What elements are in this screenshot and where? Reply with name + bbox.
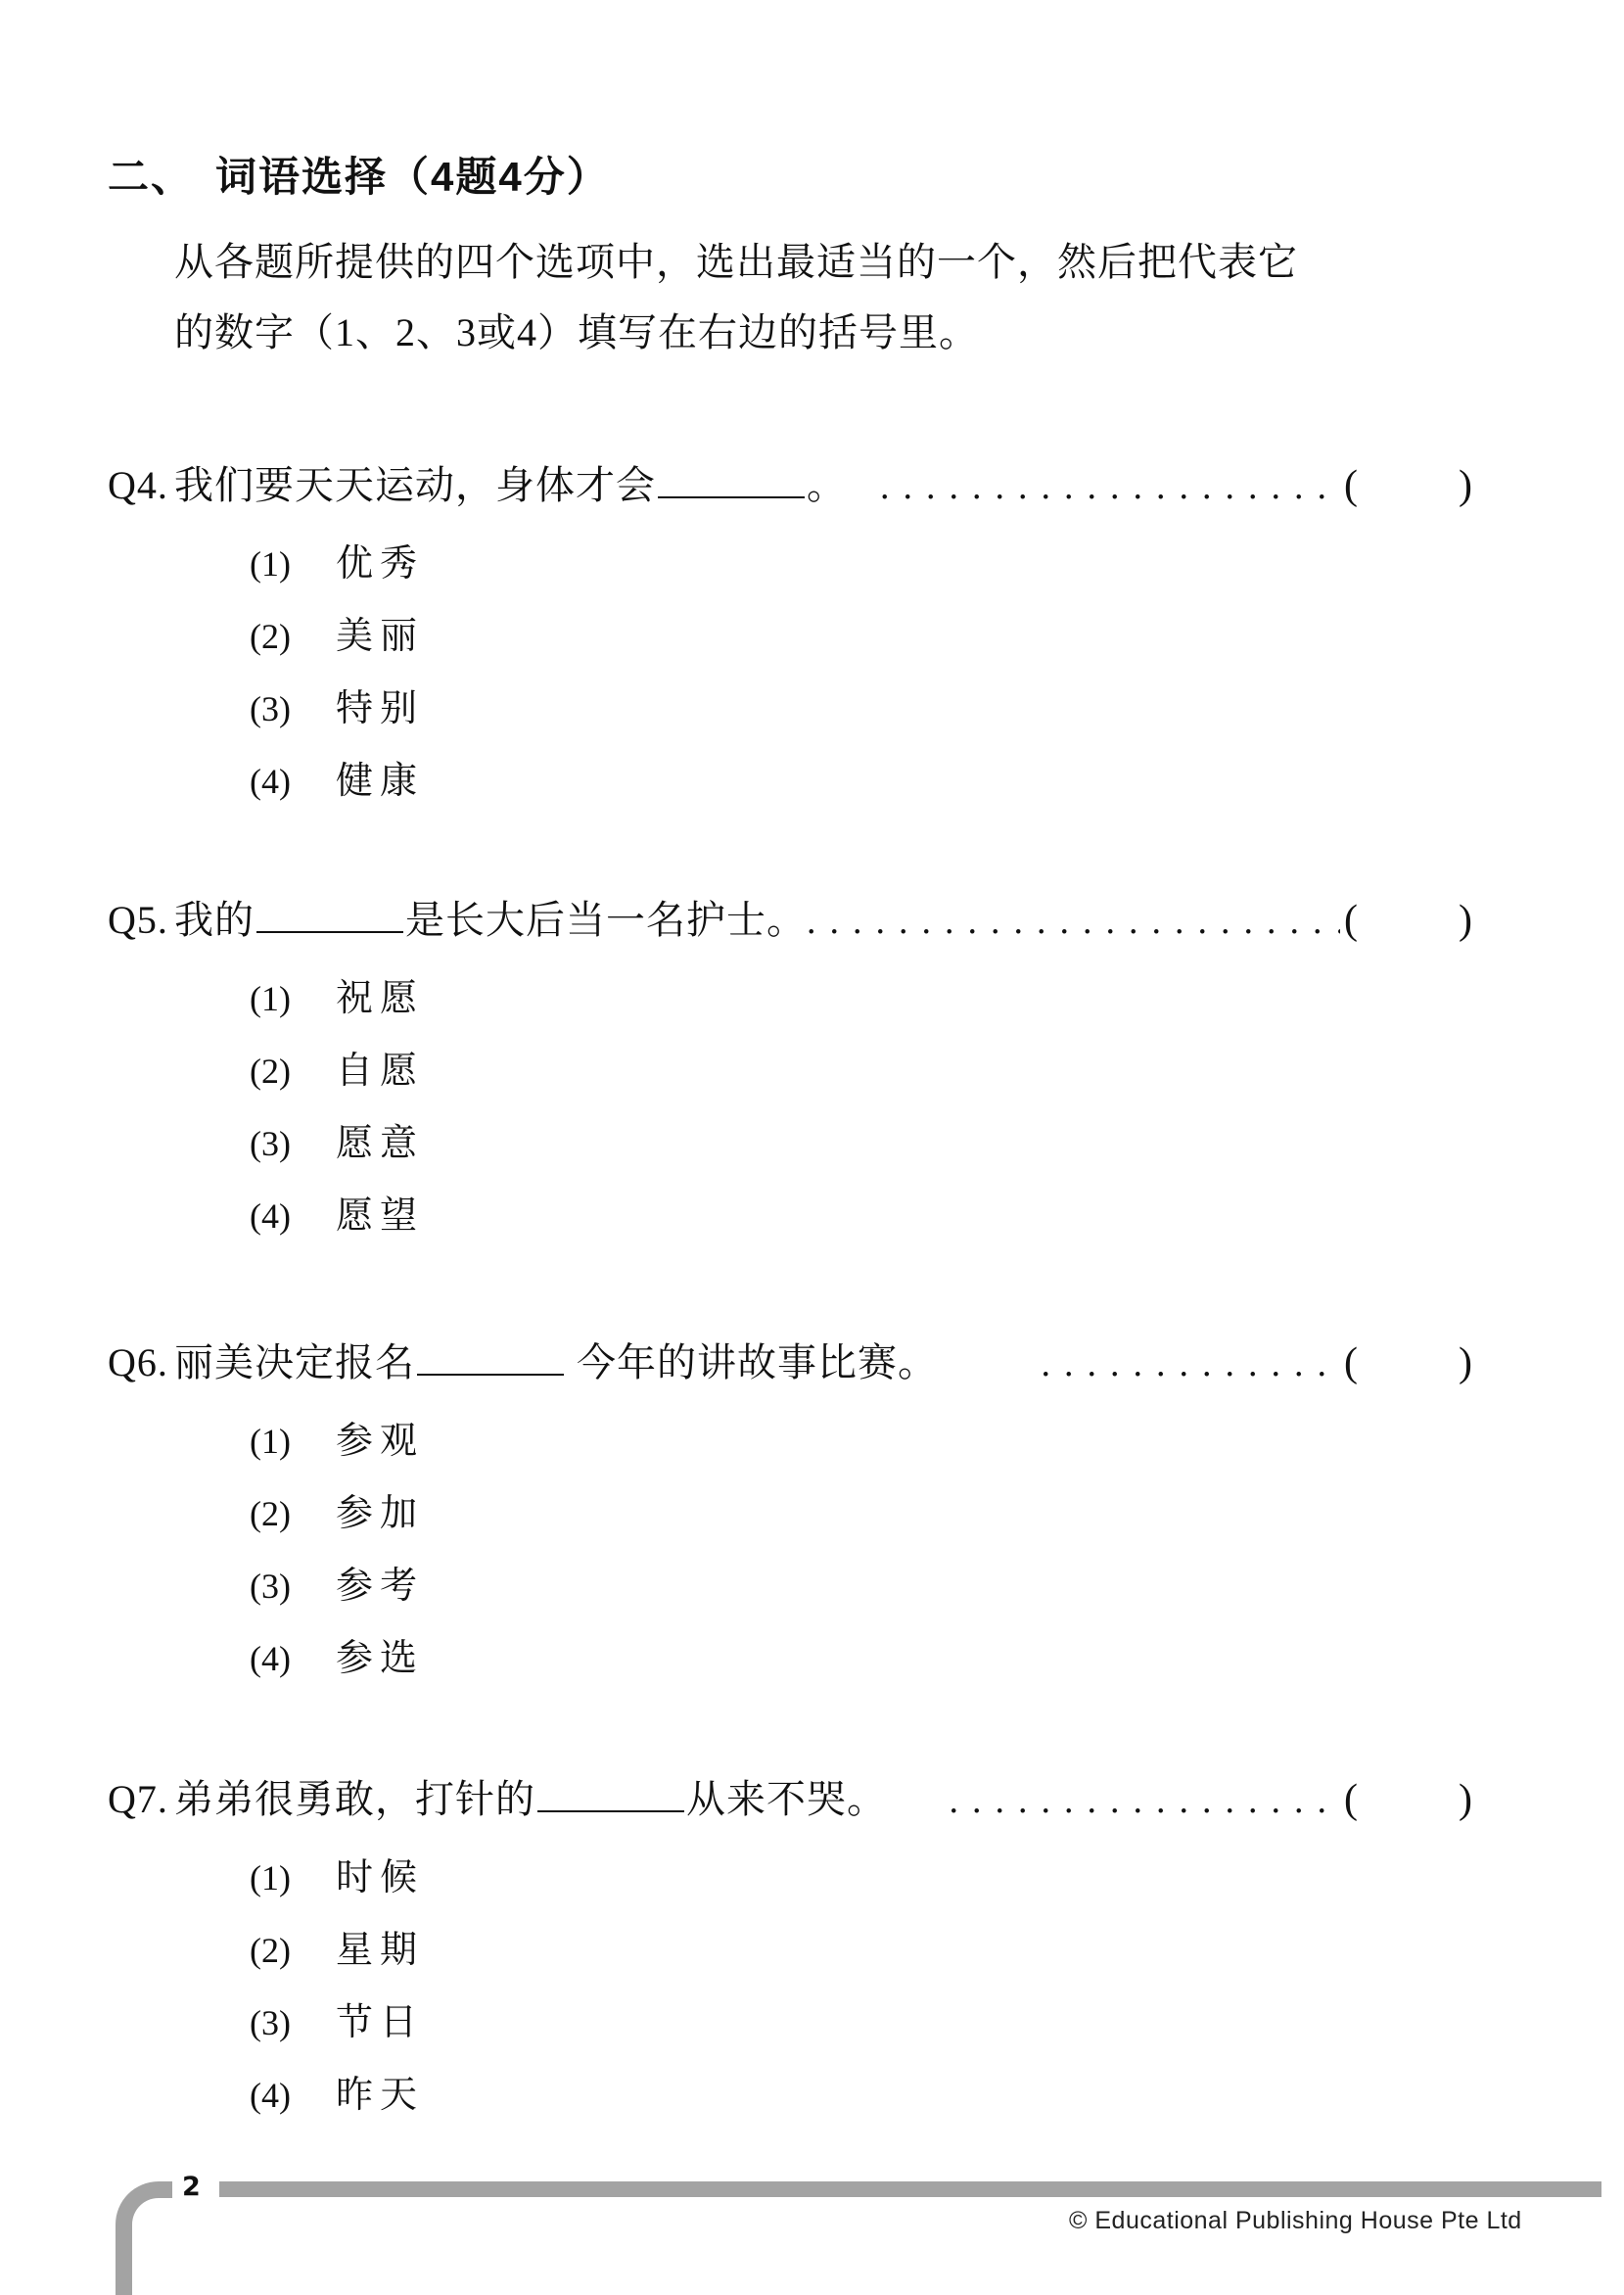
question-text-post: 从来不哭。 [686, 1777, 887, 1821]
open-paren: ( [1344, 462, 1359, 509]
option-text: 美丽 [336, 605, 424, 659]
option-number: (1) [250, 1421, 310, 1462]
option-number: (3) [250, 1123, 310, 1164]
option-number: (4) [250, 2075, 310, 2116]
option-1: (1)参观 [250, 1410, 1473, 1455]
question-number: Q4. [108, 462, 174, 508]
answer-blank [537, 1771, 684, 1812]
option-text: 祝愿 [336, 967, 424, 1021]
question-text: 弟弟很勇敢，打针的从来不哭。 [174, 1768, 887, 1824]
option-1: (1)祝愿 [250, 967, 1473, 1012]
option-number: (4) [250, 761, 310, 802]
open-paren: ( [1344, 1776, 1359, 1823]
option-text: 参加 [336, 1482, 424, 1536]
option-3: (3)节日 [250, 1991, 1473, 2037]
close-paren: ) [1459, 462, 1473, 509]
option-text: 节日 [336, 1991, 424, 2045]
answer-blank [417, 1335, 564, 1376]
question-text: 我的是长大后当一名护士。 [174, 889, 807, 945]
option-number: (2) [250, 1493, 310, 1534]
instructions-line-2: 的数字（1、2、3或4）填写在右边的括号里。 [174, 298, 1473, 368]
footer-corner-rule [116, 2181, 172, 2295]
option-text: 优秀 [336, 533, 424, 586]
option-4: (4)昨天 [250, 2064, 1473, 2109]
question-text-post: 是长大后当一名护士。 [405, 898, 807, 942]
question-q4: Q4. 我们要天天运动，身体才会。 .................... (… [108, 454, 1473, 795]
answer-brackets: () [1340, 897, 1473, 944]
question-q6: Q6. 丽美决定报名 今年的讲故事比赛。 ............. () (1… [108, 1332, 1473, 1672]
option-4: (4)健康 [250, 750, 1473, 795]
question-q7-line: Q7. 弟弟很勇敢，打针的从来不哭。 ................. () [108, 1768, 1473, 1825]
option-number: (4) [250, 1195, 310, 1237]
open-paren: ( [1344, 897, 1359, 944]
option-2: (2)自愿 [250, 1040, 1473, 1085]
option-number: (1) [250, 543, 310, 585]
option-number: (1) [250, 1857, 310, 1898]
option-text: 自愿 [336, 1040, 424, 1094]
question-number: Q5. [108, 897, 174, 943]
close-paren: ) [1459, 1339, 1473, 1386]
dotted-leader: .................... [847, 465, 1340, 508]
question-text-post: 。 [807, 463, 847, 507]
close-paren: ) [1459, 1776, 1473, 1823]
section-marker: 二、 [108, 145, 194, 204]
question-number: Q7. [108, 1776, 174, 1822]
option-number: (4) [250, 1638, 310, 1679]
question-q4-line: Q4. 我们要天天运动，身体才会。 .................... (… [108, 454, 1473, 511]
dotted-leader: ........................ [807, 900, 1340, 943]
answer-brackets: () [1340, 462, 1473, 509]
instructions-line-1: 从各题所提供的四个选项中，选出最适当的一个，然后把代表它 [174, 227, 1473, 298]
option-text: 参选 [336, 1627, 424, 1681]
dotted-leader: ............. [938, 1342, 1340, 1385]
option-2: (2)美丽 [250, 605, 1473, 650]
options-list: (1)时候 (2)星期 (3)节日 (4)昨天 [250, 1847, 1473, 2109]
question-number: Q6. [108, 1339, 174, 1385]
copyright-notice: © Educational Publishing House Pte Ltd [1069, 2207, 1522, 2235]
question-q5-line: Q5. 我的是长大后当一名护士。 .......................… [108, 889, 1473, 946]
question-text-pre: 我们要天天运动，身体才会 [174, 463, 656, 507]
option-text: 昨天 [336, 2064, 424, 2118]
option-3: (3)特别 [250, 678, 1473, 723]
question-q6-line: Q6. 丽美决定报名 今年的讲故事比赛。 ............. () [108, 1332, 1473, 1388]
option-4: (4)参选 [250, 1627, 1473, 1672]
answer-blank [658, 457, 805, 498]
question-text-pre: 我的 [174, 898, 255, 942]
option-number: (1) [250, 978, 310, 1019]
option-number: (3) [250, 2002, 310, 2043]
options-list: (1)参观 (2)参加 (3)参考 (4)参选 [250, 1410, 1473, 1672]
question-q5: Q5. 我的是长大后当一名护士。 .......................… [108, 889, 1473, 1230]
close-paren: ) [1459, 897, 1473, 944]
option-number: (2) [250, 1930, 310, 1971]
option-text: 参观 [336, 1410, 424, 1464]
option-text: 星期 [336, 1919, 424, 1973]
answer-blank [256, 892, 403, 933]
section-title: 词语选择（4题4分） [215, 145, 610, 204]
open-paren: ( [1344, 1339, 1359, 1386]
option-3: (3)参考 [250, 1555, 1473, 1600]
option-text: 健康 [336, 750, 424, 804]
dotted-leader: ................. [887, 1779, 1340, 1822]
option-3: (3)愿意 [250, 1112, 1473, 1157]
option-text: 参考 [336, 1555, 424, 1609]
options-list: (1)优秀 (2)美丽 (3)特别 (4)健康 [250, 533, 1473, 795]
options-list: (1)祝愿 (2)自愿 (3)愿意 (4)愿望 [250, 967, 1473, 1230]
answer-brackets: () [1340, 1776, 1473, 1823]
option-text: 愿意 [336, 1112, 424, 1166]
question-text-post: 今年的讲故事比赛。 [566, 1340, 938, 1384]
question-text-pre: 丽美决定报名 [174, 1340, 415, 1384]
option-4: (4)愿望 [250, 1185, 1473, 1230]
answer-brackets: () [1340, 1339, 1473, 1386]
option-1: (1)优秀 [250, 533, 1473, 578]
option-text: 时候 [336, 1847, 424, 1900]
option-number: (2) [250, 616, 310, 657]
option-text: 特别 [336, 678, 424, 731]
question-text: 我们要天天运动，身体才会。 [174, 454, 847, 510]
option-number: (2) [250, 1051, 310, 1092]
question-q7: Q7. 弟弟很勇敢，打针的从来不哭。 ................. () … [108, 1768, 1473, 2109]
footer-rule [219, 2181, 1601, 2197]
section-instructions: 从各题所提供的四个选项中，选出最适当的一个，然后把代表它 的数字（1、2、3或4… [174, 227, 1473, 368]
option-number: (3) [250, 1566, 310, 1607]
section-header: 二、 词语选择（4题4分） [108, 145, 1473, 204]
option-1: (1)时候 [250, 1847, 1473, 1892]
option-2: (2)星期 [250, 1919, 1473, 1964]
option-number: (3) [250, 688, 310, 729]
option-text: 愿望 [336, 1185, 424, 1239]
option-2: (2)参加 [250, 1482, 1473, 1527]
page-number: 2 [182, 2172, 201, 2202]
question-text-pre: 弟弟很勇敢，打针的 [174, 1777, 535, 1821]
question-text: 丽美决定报名 今年的讲故事比赛。 [174, 1332, 938, 1387]
page-content: 二、 词语选择（4题4分） 从各题所提供的四个选项中，选出最适当的一个，然后把代… [108, 145, 1473, 2109]
